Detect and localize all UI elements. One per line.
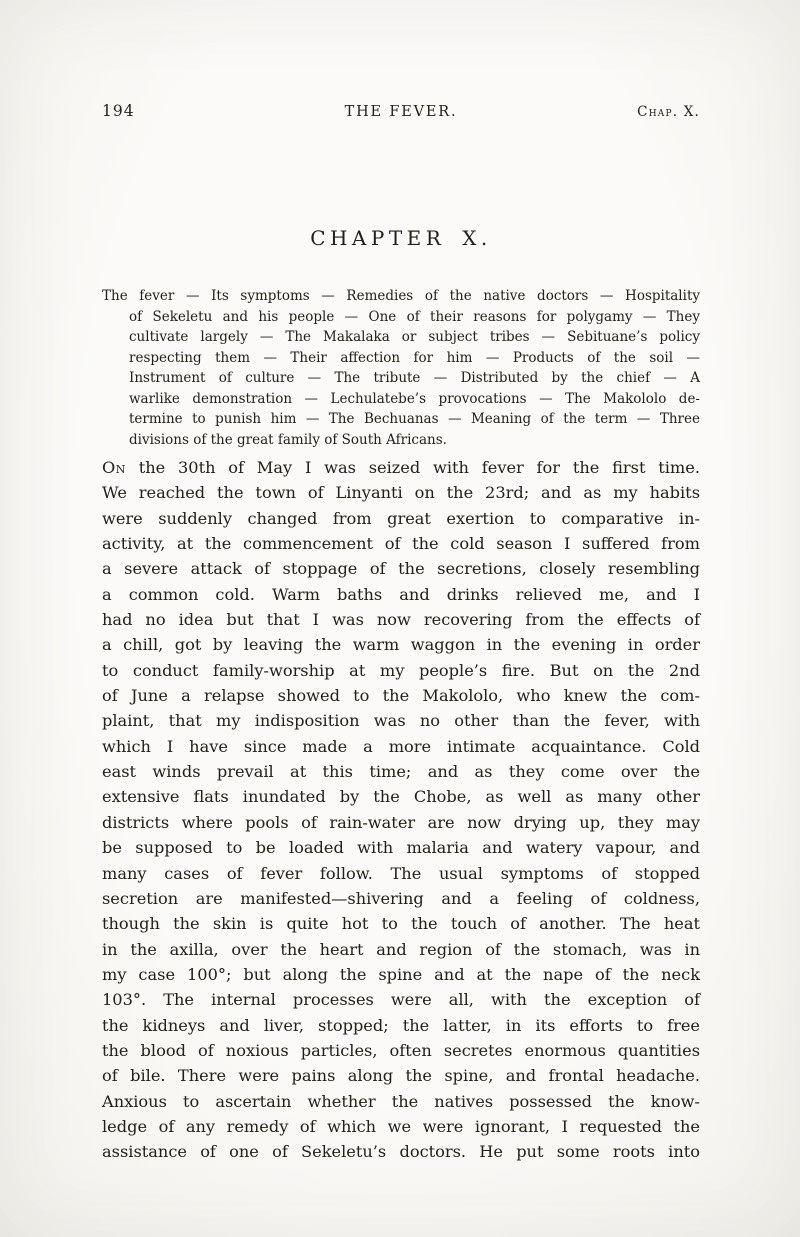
body-line: my case 100°; but along the spine and at… xyxy=(102,962,700,987)
synopsis-line: cultivate largely — The Makalaka or subj… xyxy=(102,327,700,348)
body-line: a common cold. Warm baths and drinks rel… xyxy=(102,582,700,607)
running-title: THE FEVER. xyxy=(345,104,458,120)
chapter-reference: Chap. X. xyxy=(637,104,700,120)
body-line: were suddenly changed from great exertio… xyxy=(102,506,700,531)
body-line: 103°. The internal processes were all, w… xyxy=(102,987,700,1012)
body-line: We reached the town of Linyanti on the 2… xyxy=(102,480,700,505)
body-line: though the skin is quite hot to the touc… xyxy=(102,911,700,936)
running-header: 194 THE FEVER. Chap. X. xyxy=(102,102,700,120)
body-line: east winds prevail at this time; and as … xyxy=(102,759,700,784)
body-line: extensive flats inundated by the Chobe, … xyxy=(102,784,700,809)
body-line: districts where pools of rain-water are … xyxy=(102,810,700,835)
body-line: many cases of fever follow. The usual sy… xyxy=(102,861,700,886)
chapter-synopsis: The fever — Its symptoms — Remedies of t… xyxy=(102,286,700,450)
body-line: in the axilla, over the heart and region… xyxy=(102,937,700,962)
body-line: Anxious to ascertain whether the natives… xyxy=(102,1089,700,1114)
body-line: On the 30th of May I was seized with fev… xyxy=(102,455,700,480)
body-line: a severe attack of stoppage of the secre… xyxy=(102,556,700,581)
body-line: the kidneys and liver, stopped; the latt… xyxy=(102,1013,700,1038)
body-line: ledge of any remedy of which we were ign… xyxy=(102,1114,700,1139)
synopsis-line: termine to punish him — The Bechuanas — … xyxy=(102,409,700,430)
page-number: 194 xyxy=(102,102,135,120)
body-line: a chill, got by leaving the warm waggon … xyxy=(102,632,700,657)
body-line: plaint, that my indisposition was no oth… xyxy=(102,708,700,733)
synopsis-line: The fever — Its symptoms — Remedies of t… xyxy=(102,286,700,307)
synopsis-line: respecting them — Their affection for hi… xyxy=(102,348,700,369)
synopsis-line: Instrument of culture — The tribute — Di… xyxy=(102,368,700,389)
body-line: of June a relapse showed to the Makololo… xyxy=(102,683,700,708)
body-paragraph: On the 30th of May I was seized with fev… xyxy=(102,455,700,1165)
body-line: to conduct family-worship at my people’s… xyxy=(102,658,700,683)
synopsis-line: divisions of the great family of South A… xyxy=(102,430,700,451)
body-line: activity, at the commencement of the col… xyxy=(102,531,700,556)
body-line: which I have since made a more intimate … xyxy=(102,734,700,759)
book-page: 194 THE FEVER. Chap. X. CHAPTER X. The f… xyxy=(0,0,800,1237)
synopsis-line: of Sekeletu and his people — One of thei… xyxy=(102,307,700,328)
body-line: of bile. There were pains along the spin… xyxy=(102,1063,700,1088)
synopsis-line: warlike demonstration — Lechulatebe’s pr… xyxy=(102,389,700,410)
body-line: be supposed to be loaded with malaria an… xyxy=(102,835,700,860)
body-line: had no idea but that I was now recoverin… xyxy=(102,607,700,632)
chapter-title: CHAPTER X. xyxy=(102,226,700,250)
body-line: assistance of one of Sekeletu’s doctors.… xyxy=(102,1139,700,1164)
lead-word: On xyxy=(102,458,126,477)
body-line: the blood of noxious particles, often se… xyxy=(102,1038,700,1063)
body-line: secretion are manifested—shivering and a… xyxy=(102,886,700,911)
